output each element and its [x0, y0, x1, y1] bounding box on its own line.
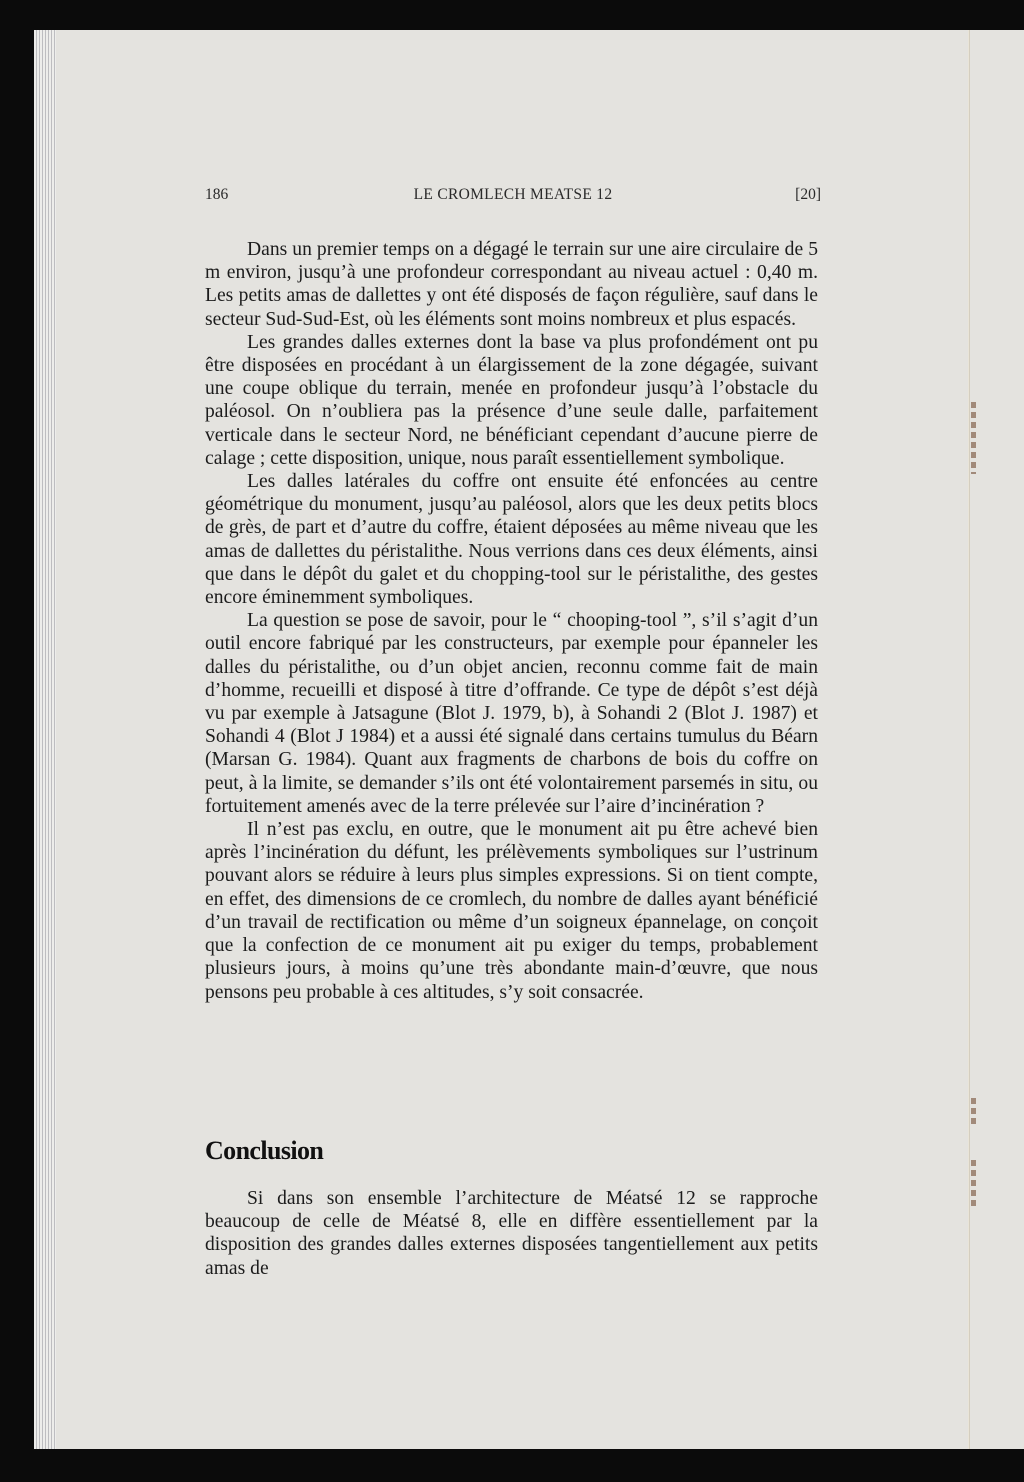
paragraph: Si dans son ensemble l’architecture de M… [205, 1187, 818, 1280]
running-title: LE CROMLECH MEATSE 12 [205, 186, 821, 204]
rust-stain [971, 1160, 976, 1208]
section-heading-conclusion: Conclusion [205, 1136, 323, 1166]
paragraph: Il n’est pas exclu, en outre, que le mon… [205, 818, 818, 1004]
conclusion-text: Si dans son ensemble l’architecture de M… [205, 1187, 818, 1280]
paragraph: Les dalles latérales du coffre ont ensui… [205, 470, 818, 609]
stacked-page-edges [34, 30, 56, 1449]
rust-stain [971, 1098, 976, 1128]
rust-stain [971, 402, 976, 474]
paragraph: La question se pose de savoir, pour le “… [205, 609, 818, 818]
page-fold-line [968, 30, 970, 1449]
paragraph: Dans un premier temps on a dégagé le ter… [205, 238, 818, 331]
running-head: 186 LE CROMLECH MEATSE 12 [20] [205, 186, 821, 208]
bracket-page-ref: [20] [795, 186, 821, 204]
paragraph: Les grandes dalles externes dont la base… [205, 331, 818, 470]
body-text: Dans un premier temps on a dégagé le ter… [205, 238, 818, 1004]
